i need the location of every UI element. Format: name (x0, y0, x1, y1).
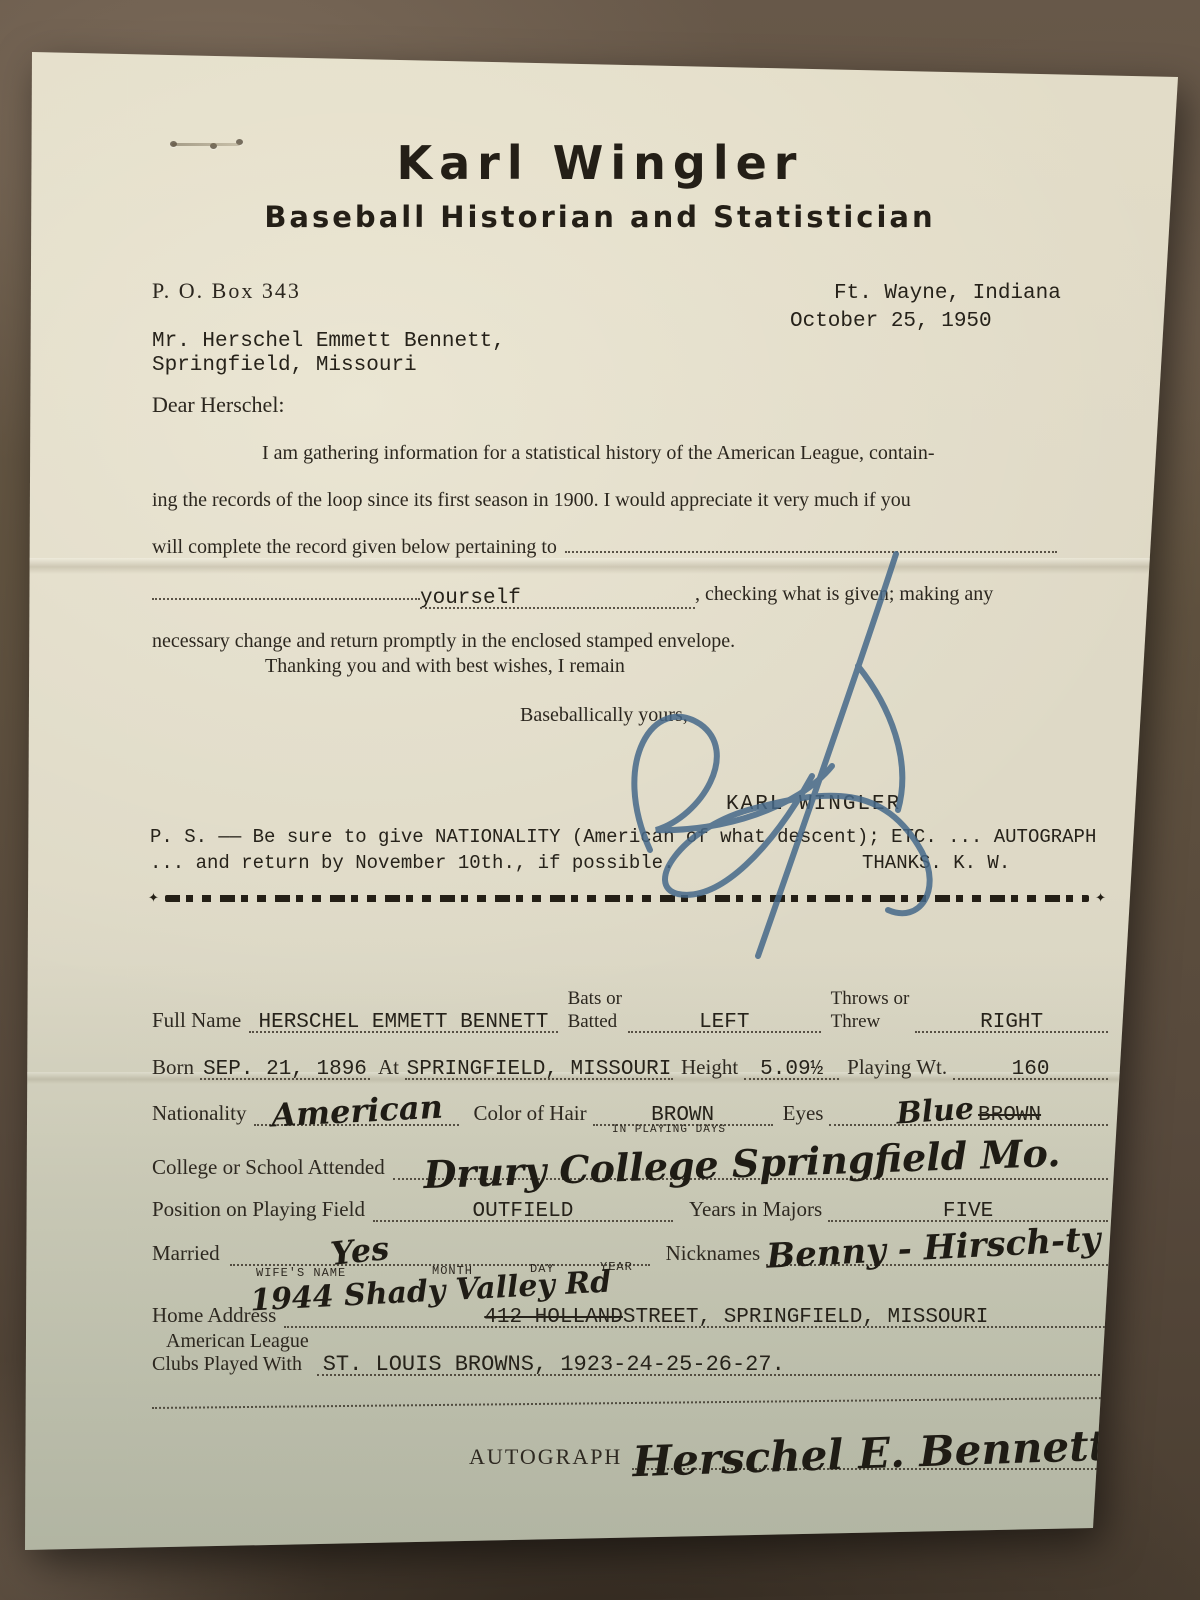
weight-label: Playing Wt. (847, 1055, 947, 1080)
form-row-fullname: Full Name HERSCHEL EMMETT BENNETT Bats o… (152, 975, 1108, 1033)
po-box: P. O. Box 343 (152, 278, 301, 304)
closing-line-1: Thanking you and with best wishes, I rem… (265, 655, 625, 678)
bats-blank: LEFT (628, 1008, 821, 1033)
letter-paper: Karl Wingler Baseball Historian and Stat… (0, 0, 1200, 1600)
clubs-label-bottom: Clubs Played With (152, 1353, 309, 1376)
at-value: SPRINGFIELD, MISSOURI (407, 1058, 672, 1081)
letter-body: I am gathering information for a statist… (152, 442, 1057, 677)
throws-blank: RIGHT (915, 1008, 1108, 1033)
married-label: Married (152, 1241, 220, 1266)
body-line-1: I am gathering information for a statist… (152, 442, 1057, 489)
recipient-line1: Mr. Herschel Emmett Bennett, (152, 330, 505, 353)
born-label: Born (152, 1055, 194, 1080)
ps-line-2: ... and return by November 10th., if pos… (150, 852, 675, 874)
throws-label-top: Throws or (831, 987, 910, 1010)
body-line-3-text: will complete the record given below per… (152, 536, 557, 559)
born-value: SEP. 21, 1896 (203, 1058, 367, 1081)
bats-label: Bats orBatted (568, 987, 622, 1033)
at-label: At (378, 1055, 399, 1080)
divider-dashes (165, 895, 1089, 902)
weight-value: 160 (1012, 1058, 1050, 1081)
clubs-blank: ST. LOUIS BROWNS, 1923-24-25-26-27. (317, 1349, 1108, 1376)
clubs-label: American LeagueClubs Played With (152, 1330, 309, 1376)
blank-line-dots (152, 598, 420, 600)
date-line: October 25, 1950 (790, 310, 992, 333)
hair-blank: BROWN (593, 1101, 773, 1126)
eyes-handwritten: Blue (896, 1091, 976, 1131)
clubs-value: ST. LOUIS BROWNS, 1923-24-25-26-27. (323, 1352, 785, 1377)
throws-label-bottom: Threw (831, 1010, 910, 1033)
born-blank: SEP. 21, 1896 (200, 1055, 370, 1080)
ps-line-1: P. S. —— Be sure to give NATIONALITY (Am… (150, 826, 1096, 848)
photo-background: Karl Wingler Baseball Historian and Stat… (0, 0, 1200, 1600)
letterhead-name: Karl Wingler (0, 136, 1200, 190)
body-line-2: ing the records of the loop since its fi… (152, 489, 1057, 536)
signer-typed-name: KARL WINGLER (726, 793, 901, 816)
at-blank: SPRINGFIELD, MISSOURI (405, 1055, 673, 1080)
form-row-autograph: AUTOGRAPH Herschel E. Bennett (152, 1424, 1108, 1470)
fullname-blank: HERSCHEL EMMETT BENNETT (249, 1008, 557, 1033)
body-line-4: yourself , checking what is given; makin… (152, 583, 1057, 630)
form-row-college: College or School Attended Drury College… (152, 1134, 1108, 1180)
nationality-label: Nationality (152, 1101, 246, 1126)
wife-caption: WIFE'S NAME (256, 1266, 346, 1280)
nicknames-handwritten: Benny - Hirsch-ty (766, 1219, 1102, 1276)
nationality-blank: American (254, 1086, 459, 1126)
diamond-icon: ✦ (148, 890, 159, 906)
majors-value: FIVE (943, 1200, 993, 1223)
autograph-signature: Herschel E. Bennett (632, 1421, 1109, 1487)
position-value: OUTFIELD (473, 1200, 574, 1223)
letterhead-title: Baseball Historian and Statistician (0, 200, 1200, 234)
bats-label-top: Bats or (568, 987, 622, 1010)
closing-line-2: Baseballically yours, (520, 704, 688, 727)
college-blank: Drury College Springfield Mo. (393, 1133, 1108, 1180)
eyes-struck-value: BROWN (978, 1104, 1041, 1127)
city-line: Ft. Wayne, Indiana (834, 282, 1061, 305)
college-label: College or School Attended (152, 1155, 385, 1180)
height-label: Height (681, 1055, 738, 1080)
empty-blank-line (152, 1397, 1108, 1409)
yourself-typed: yourself (420, 587, 521, 610)
bats-label-bottom: Batted (568, 1010, 622, 1033)
form-row-born: Born SEP. 21, 1896 At SPRINGFIELD, MISSO… (152, 1046, 1108, 1080)
form-row-position: Position on Playing Field OUTFIELD Years… (152, 1184, 1108, 1222)
married-blank: Yes (230, 1226, 650, 1266)
recipient-line2: Springfield, Missouri (152, 354, 417, 377)
form-row-clubs: American LeagueClubs Played With ST. LOU… (152, 1326, 1108, 1376)
throws-label: Throws orThrew (831, 987, 910, 1033)
eyes-label: Eyes (783, 1101, 824, 1126)
body-line-3: will complete the record given below per… (152, 536, 1057, 583)
nationality-handwritten: American (271, 1088, 444, 1135)
letter-paper-wrap: Karl Wingler Baseball Historian and Stat… (0, 0, 1200, 1600)
autograph-label: AUTOGRAPH (469, 1444, 622, 1470)
position-blank: OUTFIELD (373, 1197, 673, 1222)
blank-line-dots (565, 551, 1057, 553)
majors-label: Years in Majors (689, 1197, 822, 1222)
hair-label: Color of Hair (473, 1101, 586, 1126)
clubs-label-top: American League (152, 1330, 309, 1353)
height-value: 5.09½ (760, 1058, 823, 1081)
body-line-4-text: , checking what is given; making any (695, 583, 993, 606)
ornamental-divider: ✦ ✦ (148, 890, 1106, 906)
form-row-nationality: Nationality American Color of Hair BROWN… (152, 1086, 1108, 1126)
fullname-label: Full Name (152, 1008, 241, 1033)
throws-value: RIGHT (980, 1011, 1043, 1034)
eyes-blank: BlueBROWN (829, 1089, 1108, 1126)
nicknames-label: Nicknames (666, 1241, 760, 1266)
fullname-value: HERSCHEL EMMETT BENNETT (258, 1011, 548, 1034)
ps-line-2-right: THANKS. K. W. (862, 852, 1010, 874)
weight-blank: 160 (953, 1055, 1108, 1080)
nicknames-blank: Benny - Hirsch-ty (766, 1224, 1108, 1266)
autograph-blank: Herschel E. Bennett (632, 1419, 1108, 1470)
majors-blank: FIVE (828, 1197, 1108, 1222)
diamond-icon: ✦ (1095, 890, 1106, 906)
position-label: Position on Playing Field (152, 1197, 365, 1222)
height-blank: 5.09½ (744, 1055, 839, 1080)
blank-filled: yourself (420, 584, 695, 609)
salutation: Dear Herschel: (152, 392, 285, 418)
bats-value: LEFT (699, 1011, 749, 1034)
